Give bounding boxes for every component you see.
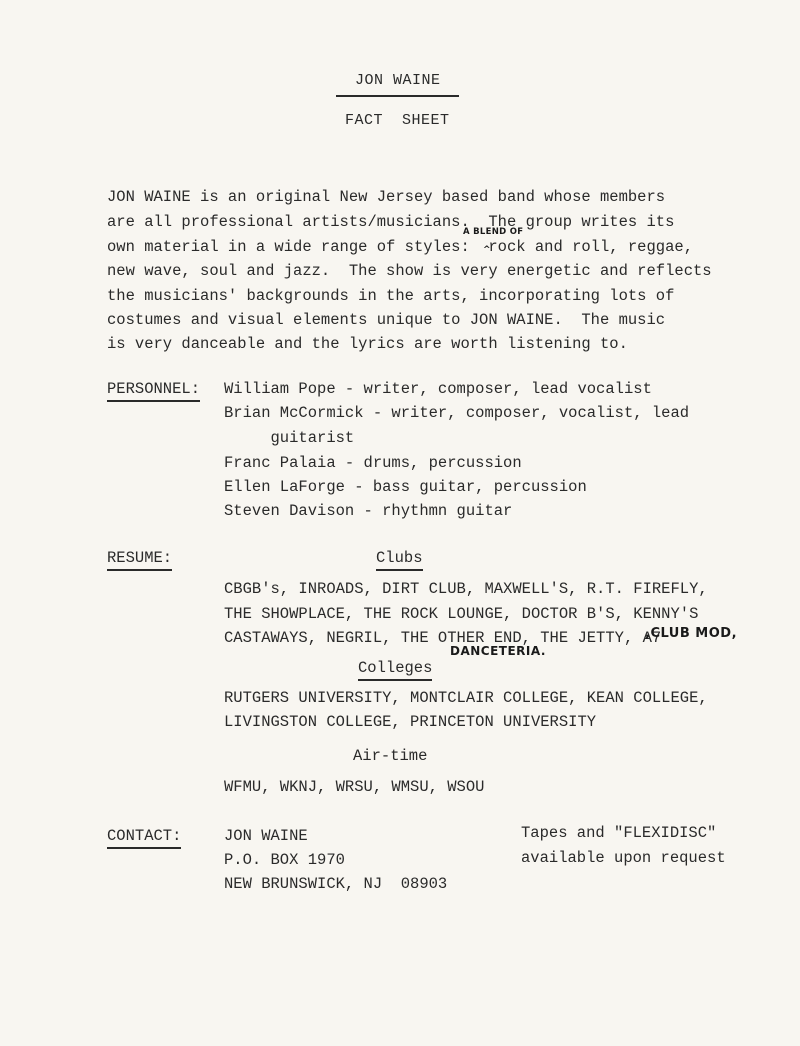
- clubs-heading: Clubs: [376, 549, 423, 571]
- handwritten-clubs: DANCETERIA.: [450, 645, 546, 657]
- colleges-line: LIVINGSTON COLLEGE, PRINCETON UNIVERSITY: [224, 715, 596, 731]
- document-title: JON WAINE: [355, 73, 441, 88]
- intro-line: new wave, soul and jazz. The show is ver…: [107, 264, 712, 280]
- airtime-heading: Air-time: [353, 749, 427, 765]
- intro-line: JON WAINE is an original New Jersey base…: [107, 190, 665, 206]
- clubs-line: CBGB's, INROADS, DIRT CLUB, MAXWELL'S, R…: [224, 582, 708, 598]
- handwritten-clubs: ,CLUB MOD,: [645, 627, 737, 640]
- intro-line: own material in a wide range of styles: …: [107, 240, 693, 256]
- contact-note-line: Tapes and "FLEXIDISC": [521, 826, 716, 842]
- document-subtitle: FACT SHEET: [345, 113, 450, 128]
- fact-sheet-page: JON WAINE FACT SHEET JON WAINE is an ori…: [0, 0, 800, 1046]
- contact-address-line: P.O. BOX 1970: [224, 853, 345, 869]
- resume-label: RESUME:: [107, 549, 172, 571]
- personnel-member: Brian McCormick - writer, composer, voca…: [224, 406, 689, 422]
- personnel-label: PERSONNEL:: [107, 380, 200, 402]
- personnel-member: Steven Davison - rhythmn guitar: [224, 504, 512, 520]
- personnel-member: William Pope - writer, composer, lead vo…: [224, 382, 652, 398]
- insert-caret: ^: [483, 246, 491, 255]
- contact-note-line: available upon request: [521, 851, 726, 867]
- contact-address-line: JON WAINE: [224, 829, 308, 845]
- intro-line: costumes and visual elements unique to J…: [107, 313, 665, 329]
- colleges-line: RUTGERS UNIVERSITY, MONTCLAIR COLLEGE, K…: [224, 691, 708, 707]
- intro-line: are all professional artists/musicians. …: [107, 215, 674, 231]
- handwritten-insert: A BLEND OF: [463, 228, 523, 237]
- contact-label: CONTACT:: [107, 827, 181, 849]
- contact-address-line: NEW BRUNSWICK, NJ 08903: [224, 877, 447, 893]
- intro-line: is very danceable and the lyrics are wor…: [107, 337, 628, 353]
- personnel-member: Ellen LaForge - bass guitar, percussion: [224, 480, 587, 496]
- airtime-stations: WFMU, WKNJ, WRSU, WMSU, WSOU: [224, 780, 484, 796]
- clubs-line: THE SHOWPLACE, THE ROCK LOUNGE, DOCTOR B…: [224, 607, 698, 623]
- personnel-member: Franc Palaia - drums, percussion: [224, 456, 522, 472]
- clubs-line: CASTAWAYS, NEGRIL, THE OTHER END, THE JE…: [224, 631, 661, 647]
- intro-line: the musicians' backgrounds in the arts, …: [107, 289, 674, 305]
- personnel-member: guitarist: [224, 431, 354, 447]
- colleges-heading: Colleges: [358, 659, 432, 681]
- title-underline: [336, 95, 459, 97]
